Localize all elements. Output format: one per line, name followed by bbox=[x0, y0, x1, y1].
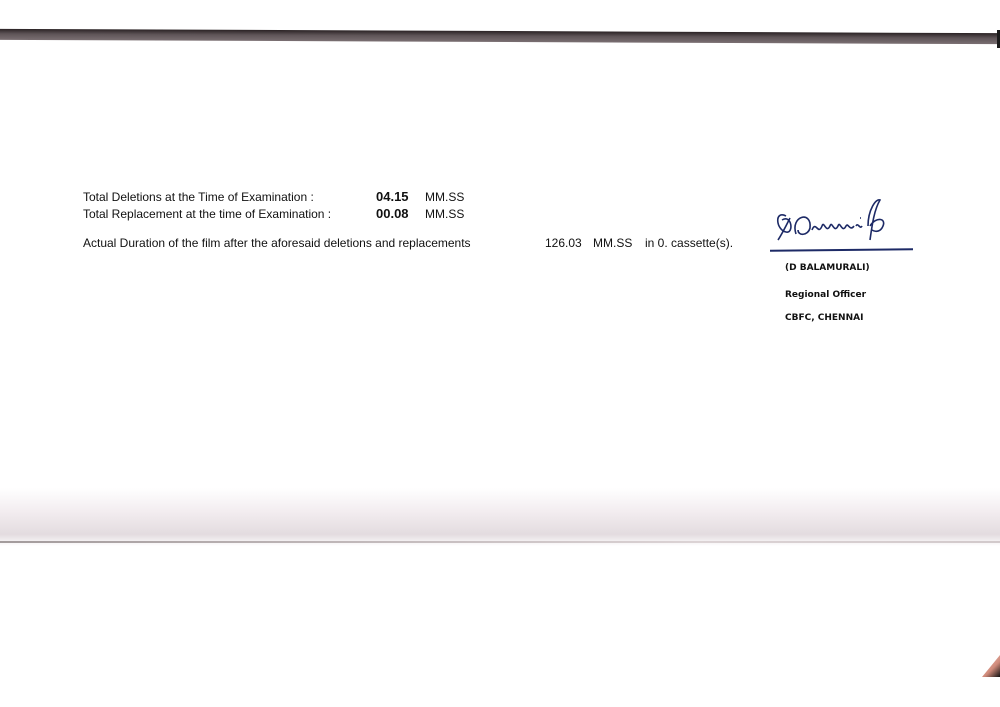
scan-edge-strip bbox=[0, 29, 1000, 44]
paper-fold-shadow bbox=[0, 488, 1000, 546]
document-page: Total Deletions at the Time of Examinati… bbox=[0, 0, 1000, 707]
paper-corner bbox=[982, 655, 1000, 677]
paper-fold-line bbox=[0, 541, 1000, 543]
deletions-label: Total Deletions at the Time of Examinati… bbox=[83, 190, 314, 204]
officer-name: (D BALAMURALI) bbox=[785, 263, 870, 273]
officer-title: Regional Officer bbox=[785, 290, 866, 300]
actual-duration-unit: MM.SS bbox=[593, 236, 632, 250]
actual-duration-value: 126.03 bbox=[545, 236, 582, 250]
replacement-value: 00.08 bbox=[376, 207, 409, 221]
cassette-count: in 0. cassette(s). bbox=[645, 236, 733, 250]
deletions-value: 04.15 bbox=[376, 190, 409, 204]
signature-icon bbox=[772, 196, 912, 252]
replacement-unit: MM.SS bbox=[425, 207, 464, 221]
deletions-unit: MM.SS bbox=[425, 190, 464, 204]
officer-office: CBFC, CHENNAI bbox=[785, 313, 863, 323]
replacement-label: Total Replacement at the time of Examina… bbox=[83, 207, 331, 221]
actual-duration-label: Actual Duration of the film after the af… bbox=[83, 236, 471, 250]
